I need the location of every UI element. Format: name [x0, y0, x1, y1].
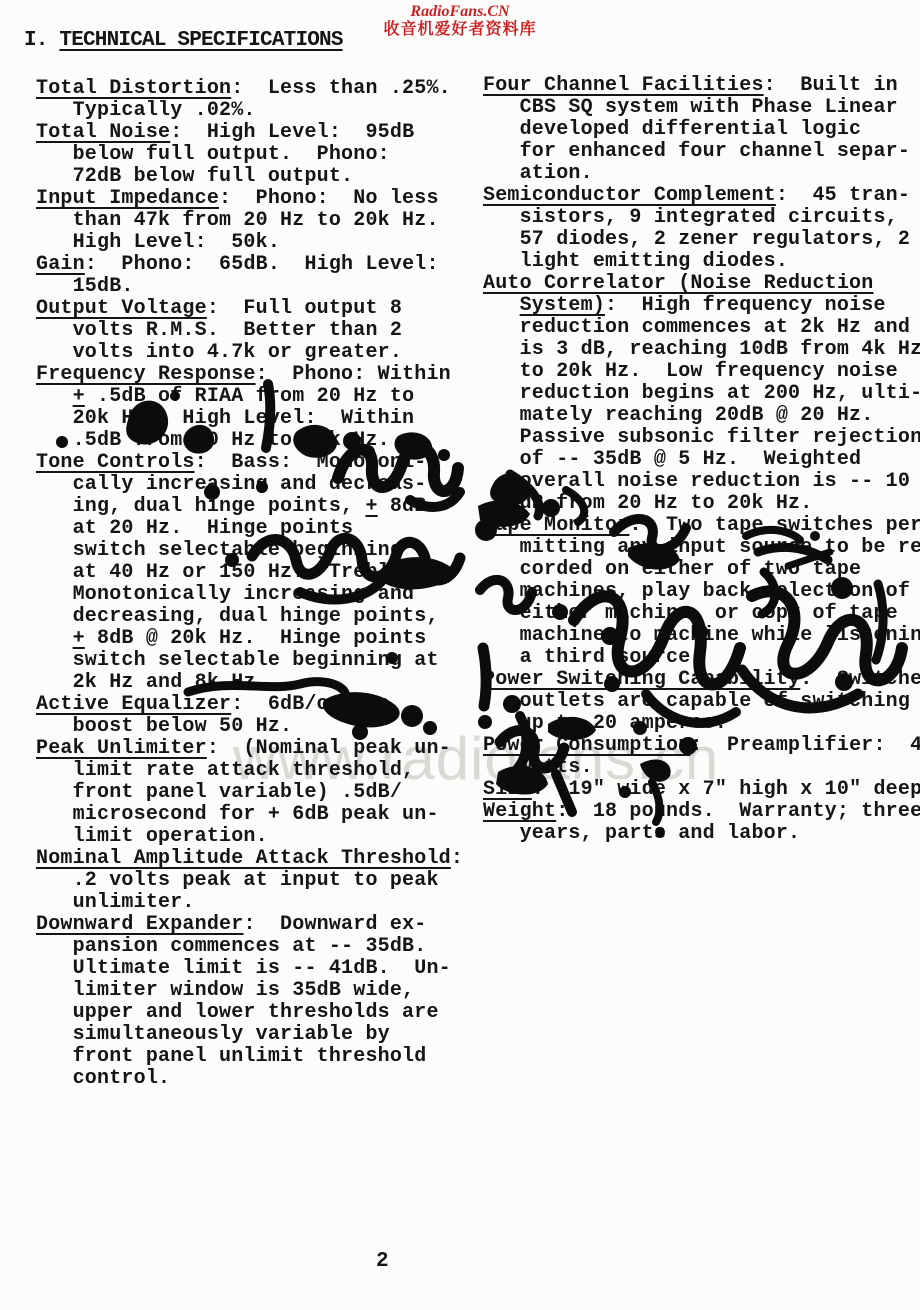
- spec-line: mitting any input source to be re-: [483, 537, 920, 559]
- site-banner: RadioFans.CN 收音机爱好者资料库: [0, 3, 920, 40]
- spec-line: outlets are capable of switching: [483, 691, 920, 713]
- spec-line: Total Distortion: Less than .25%.: [36, 78, 464, 100]
- spec-column-right: Four Channel Facilities: Built in CBS SQ…: [483, 75, 920, 845]
- spec-line: either machine, or copy of tape: [483, 603, 920, 625]
- spec-line: of -- 35dB @ 5 Hz. Weighted: [483, 449, 920, 471]
- spec-line: pansion commences at -- 35dB.: [36, 936, 464, 958]
- spec-line: volts R.M.S. Better than 2: [36, 320, 464, 342]
- spec-line: years, parts and labor.: [483, 823, 920, 845]
- spec-line: Auto Correlator (Noise Reduction: [483, 273, 920, 295]
- spec-column-left: Total Distortion: Less than .25%. Typica…: [36, 78, 464, 1090]
- spec-line: Passive subsonic filter rejection: [483, 427, 920, 449]
- spec-line: .5dB from 20 Hz to 20k Hz.: [36, 430, 464, 452]
- spec-line: overall noise reduction is -- 10: [483, 471, 920, 493]
- spec-line: control.: [36, 1068, 464, 1090]
- spec-line: High Level: 50k.: [36, 232, 464, 254]
- spec-line: Gain: Phono: 65dB. High Level:: [36, 254, 464, 276]
- spec-line: Tone Controls: Bass: Monotoni-: [36, 452, 464, 474]
- spec-line: light emitting diodes.: [483, 251, 920, 273]
- site-subtitle: 收音机爱好者资料库: [0, 21, 920, 39]
- spec-line: Ultimate limit is -- 41dB. Un-: [36, 958, 464, 980]
- spec-line: 20k Hz. High Level: Within: [36, 408, 464, 430]
- spec-line: Power Consumption: Preamplifier: 40: [483, 735, 920, 757]
- spec-line: Frequency Response: Phono: Within: [36, 364, 464, 386]
- page-number: 2: [376, 1250, 389, 1273]
- spec-line: microsecond for + 6dB peak un-: [36, 804, 464, 826]
- spec-line: Monotonically increasing and: [36, 584, 464, 606]
- spec-line: below full output. Phono:: [36, 144, 464, 166]
- spec-line: dB from 20 Hz to 20k Hz.: [483, 493, 920, 515]
- spec-line: for enhanced four channel separ-: [483, 141, 920, 163]
- spec-line: Output Voltage: Full output 8: [36, 298, 464, 320]
- spec-line: Four Channel Facilities: Built in: [483, 75, 920, 97]
- spec-line: developed differential logic: [483, 119, 920, 141]
- spec-line: Total Noise: High Level: 95dB: [36, 122, 464, 144]
- spec-line: + 8dB @ 20k Hz. Hinge points: [36, 628, 464, 650]
- spec-line: Nominal Amplitude Attack Threshold:: [36, 848, 464, 870]
- spec-line: ation.: [483, 163, 920, 185]
- spec-line: front panel variable) .5dB/: [36, 782, 464, 804]
- spec-line: at 20 Hz. Hinge points: [36, 518, 464, 540]
- spec-line: System): High frequency noise: [483, 295, 920, 317]
- spec-line: corded on either of two tape: [483, 559, 920, 581]
- spec-line: Peak Unlimiter: (Nominal peak un-: [36, 738, 464, 760]
- spec-line: front panel unlimit threshold: [36, 1046, 464, 1068]
- spec-line: Power Switching Capability: Switched: [483, 669, 920, 691]
- spec-line: Semiconductor Complement: 45 tran-: [483, 185, 920, 207]
- spec-line: Downward Expander: Downward ex-: [36, 914, 464, 936]
- spec-line: upper and lower thresholds are: [36, 1002, 464, 1024]
- spec-line: than 47k from 20 Hz to 20k Hz.: [36, 210, 464, 232]
- spec-line: boost below 50 Hz.: [36, 716, 464, 738]
- spec-line: Input Impedance: Phono: No less: [36, 188, 464, 210]
- spec-line: Typically .02%.: [36, 100, 464, 122]
- spec-line: Tape Monitor: Two tape switches per-: [483, 515, 920, 537]
- spec-line: machine to machine while listening to: [483, 625, 920, 647]
- spec-line: .2 volts peak at input to peak: [36, 870, 464, 892]
- spec-line: Weight: 18 pounds. Warranty; three: [483, 801, 920, 823]
- spec-line: mately reaching 20dB @ 20 Hz.: [483, 405, 920, 427]
- spec-line: Size: 19" wide x 7" high x 10" deep.: [483, 779, 920, 801]
- spec-line: switch selectable beginning: [36, 540, 464, 562]
- spec-line: limiter window is 35dB wide,: [36, 980, 464, 1002]
- spec-line: decreasing, dual hinge points,: [36, 606, 464, 628]
- spec-line: 15dB.: [36, 276, 464, 298]
- spec-line: volts into 4.7k or greater.: [36, 342, 464, 364]
- spec-line: up to 20 amperes.: [483, 713, 920, 735]
- spec-line: watts.: [483, 757, 920, 779]
- spec-line: 57 diodes, 2 zener regulators, 2: [483, 229, 920, 251]
- spec-line: + .5dB of RIAA from 20 Hz to: [36, 386, 464, 408]
- spec-line: ing, dual hinge points, + 8dB: [36, 496, 464, 518]
- spec-line: cally increasing and decreas-: [36, 474, 464, 496]
- spec-line: reduction commences at 2k Hz and: [483, 317, 920, 339]
- spec-line: simultaneously variable by: [36, 1024, 464, 1046]
- spec-line: Active Equalizer: 6dB/octave: [36, 694, 464, 716]
- spec-line: at 40 Hz or 150 Hz. Treble:: [36, 562, 464, 584]
- spec-line: 2k Hz and 8k Hz.: [36, 672, 464, 694]
- spec-line: 72dB below full output.: [36, 166, 464, 188]
- spec-line: limit rate attack threshold,: [36, 760, 464, 782]
- spec-line: unlimiter.: [36, 892, 464, 914]
- spec-line: machines, play back selection of: [483, 581, 920, 603]
- spec-line: limit operation.: [36, 826, 464, 848]
- spec-line: switch selectable beginning at: [36, 650, 464, 672]
- spec-line: is 3 dB, reaching 10dB from 4k Hz: [483, 339, 920, 361]
- spec-line: CBS SQ system with Phase Linear: [483, 97, 920, 119]
- spec-line: reduction begins at 200 Hz, ulti-: [483, 383, 920, 405]
- spec-line: to 20k Hz. Low frequency noise: [483, 361, 920, 383]
- spec-line: sistors, 9 integrated circuits,: [483, 207, 920, 229]
- site-name: RadioFans.CN: [0, 3, 920, 21]
- spec-line: a third source.: [483, 647, 920, 669]
